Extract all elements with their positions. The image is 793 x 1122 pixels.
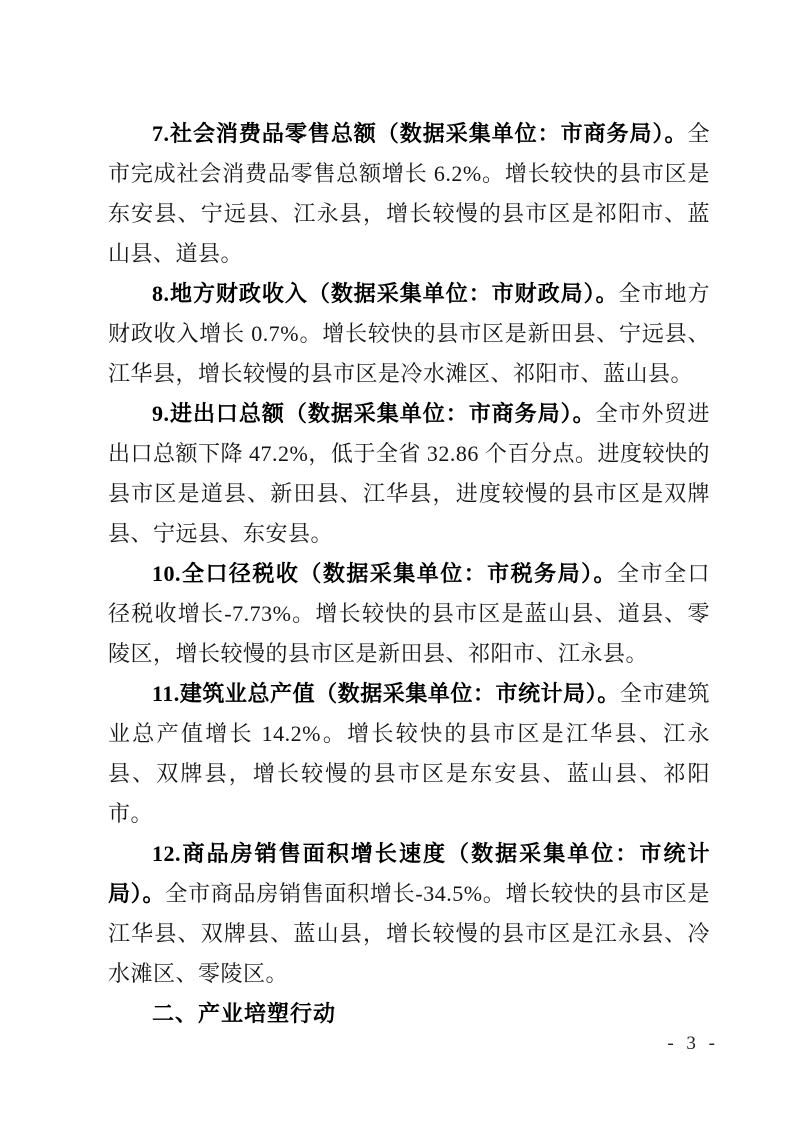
paragraph: 12.商品房销售面积增长速度（数据采集单位：市统计局）。全市商品房销售面积增长-… xyxy=(108,834,710,994)
paragraph: 7.社会消费品零售总额（数据采集单位：市商务局）。全市完成社会消费品零售总额增长… xyxy=(108,114,710,274)
paragraph-lead: 11.建筑业总产值（数据采集单位：市统计局）。 xyxy=(152,681,620,706)
paragraph-body: 全市商品房销售面积增长-34.5%。增长较快的县市区是江华县、双牌县、蓝山县，增… xyxy=(108,881,710,986)
paragraph: 9.进出口总额（数据采集单位：市商务局）。全市外贸进出口总额下降 47.2%，低… xyxy=(108,394,710,554)
paragraph: 11.建筑业总产值（数据采集单位：市统计局）。全市建筑业总产值增长 14.2%。… xyxy=(108,674,710,834)
paragraph-lead: 7.社会消费品零售总额（数据采集单位：市商务局）。 xyxy=(152,121,687,146)
paragraph-lead: 9.进出口总额（数据采集单位：市商务局）。 xyxy=(152,401,596,426)
paragraph-lead: 10.全口径税收（数据采集单位：市税务局）。 xyxy=(152,561,617,586)
section-heading: 二、产业培塑行动 xyxy=(108,994,710,1034)
page-number: - 3 - xyxy=(667,1031,719,1057)
document-page: 7.社会消费品零售总额（数据采集单位：市商务局）。全市完成社会消费品零售总额增长… xyxy=(0,0,793,1122)
paragraph: 8.地方财政收入（数据采集单位：市财政局）。全市地方财政收入增长 0.7%。增长… xyxy=(108,274,710,394)
document-body: 7.社会消费品零售总额（数据采集单位：市商务局）。全市完成社会消费品零售总额增长… xyxy=(108,114,710,1034)
paragraph-lead: 8.地方财政收入（数据采集单位：市财政局）。 xyxy=(152,281,619,306)
paragraph: 10.全口径税收（数据采集单位：市税务局）。全市全口径税收增长-7.73%。增长… xyxy=(108,554,710,674)
